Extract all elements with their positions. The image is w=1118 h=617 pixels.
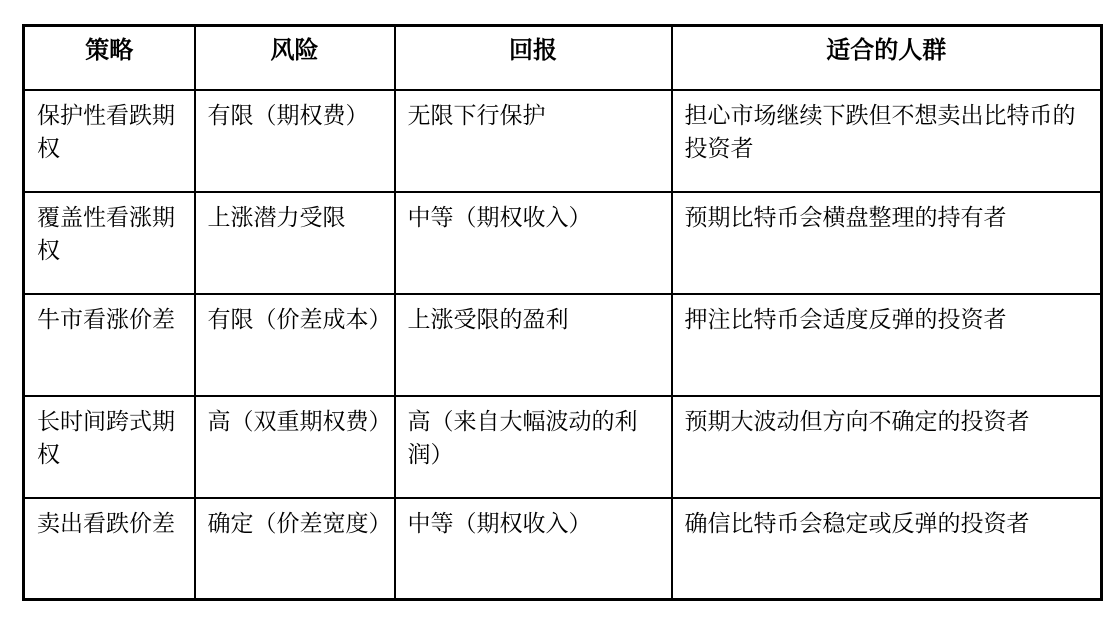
- cell-risk: 有限（价差成本）: [195, 294, 395, 396]
- page: 策略 风险 回报 适合的人群 保护性看跌期权 有限（期权费） 无限下行保护 担心…: [0, 0, 1118, 617]
- column-header-return: 回报: [395, 26, 672, 90]
- cell-audience: 预期大波动但方向不确定的投资者: [672, 396, 1102, 498]
- cell-audience: 担心市场继续下跌但不想卖出比特币的投资者: [672, 90, 1102, 192]
- table-row: 覆盖性看涨期权 上涨潜力受限 中等（期权收入） 预期比特币会横盘整理的持有者: [24, 192, 1102, 294]
- cell-strategy: 卖出看跌价差: [24, 498, 195, 600]
- table-row: 长时间跨式期权 高（双重期权费） 高（来自大幅波动的利润） 预期大波动但方向不确…: [24, 396, 1102, 498]
- cell-audience: 确信比特币会稳定或反弹的投资者: [672, 498, 1102, 600]
- cell-risk: 上涨潜力受限: [195, 192, 395, 294]
- cell-return: 无限下行保护: [395, 90, 672, 192]
- column-header-audience: 适合的人群: [672, 26, 1102, 90]
- cell-risk: 有限（期权费）: [195, 90, 395, 192]
- table-row: 保护性看跌期权 有限（期权费） 无限下行保护 担心市场继续下跌但不想卖出比特币的…: [24, 90, 1102, 192]
- column-header-strategy: 策略: [24, 26, 195, 90]
- cell-return: 中等（期权收入）: [395, 498, 672, 600]
- cell-strategy: 长时间跨式期权: [24, 396, 195, 498]
- table-row: 牛市看涨价差 有限（价差成本） 上涨受限的盈利 押注比特币会适度反弹的投资者: [24, 294, 1102, 396]
- cell-risk: 高（双重期权费）: [195, 396, 395, 498]
- cell-return: 中等（期权收入）: [395, 192, 672, 294]
- cell-strategy: 保护性看跌期权: [24, 90, 195, 192]
- cell-strategy: 覆盖性看涨期权: [24, 192, 195, 294]
- cell-strategy: 牛市看涨价差: [24, 294, 195, 396]
- header-row: 策略 风险 回报 适合的人群: [24, 26, 1102, 90]
- cell-audience: 预期比特币会横盘整理的持有者: [672, 192, 1102, 294]
- table-row: 卖出看跌价差 确定（价差宽度） 中等（期权收入） 确信比特币会稳定或反弹的投资者: [24, 498, 1102, 600]
- options-strategy-table: 策略 风险 回报 适合的人群 保护性看跌期权 有限（期权费） 无限下行保护 担心…: [22, 24, 1103, 601]
- cell-risk: 确定（价差宽度）: [195, 498, 395, 600]
- cell-return: 上涨受限的盈利: [395, 294, 672, 396]
- cell-audience: 押注比特币会适度反弹的投资者: [672, 294, 1102, 396]
- column-header-risk: 风险: [195, 26, 395, 90]
- cell-return: 高（来自大幅波动的利润）: [395, 396, 672, 498]
